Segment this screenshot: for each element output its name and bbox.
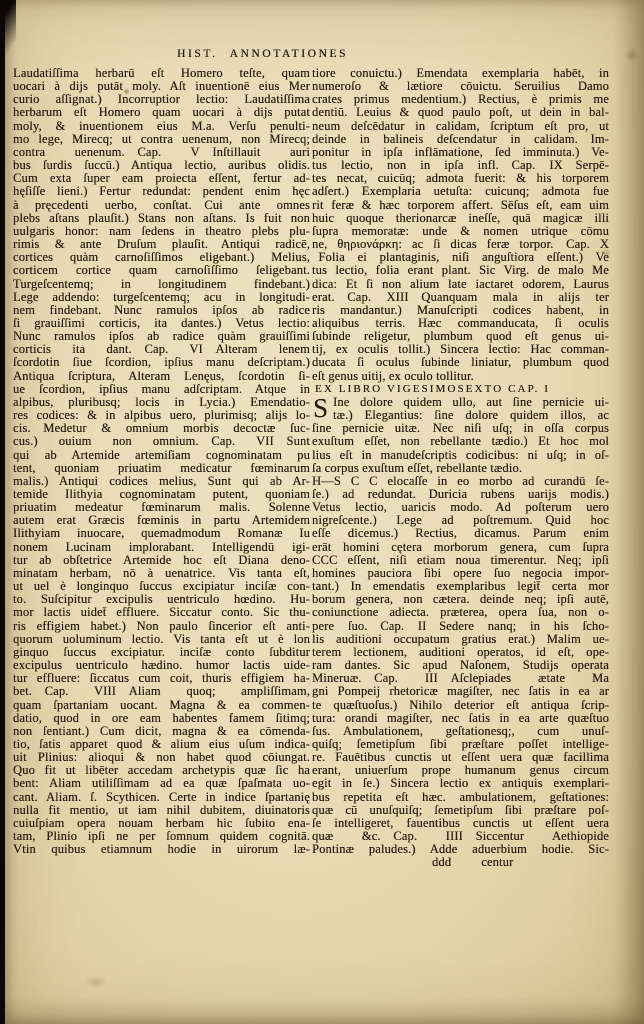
running-head-left: HIST. [177, 48, 218, 60]
running-head: HIST.ANNOTATIONES [177, 48, 348, 60]
book-page: HIST.ANNOTATIONES Laudatiſſima herbarū e… [5, 0, 644, 1024]
text-line: quæ cū unuſquiſq; ſemetipſum ſibi præſta… [312, 804, 609, 817]
page-edge-shadow [5, 998, 644, 1024]
running-head-right: ANNOTATIONES [230, 48, 348, 60]
signature-row: dddcentur [312, 856, 609, 869]
text-line: ue ſcordion, ipſius manu adſcriptam. Atq… [13, 383, 310, 396]
text-line: bus repetita eſt hæc. ambulationem, geſt… [312, 791, 609, 804]
text-line: adſert.) Exemplaria uetuſta: cuicunq; ad… [312, 185, 609, 198]
text-line: huic quoque therionarcæ ineſſe, quā magi… [312, 212, 609, 225]
text-line: rit feræ & hæc torporem affert. Sēſus eſ… [312, 199, 609, 212]
scanned-book-photo: { "colors": { "paper": "#e8dab4", "ink":… [0, 0, 644, 1024]
text-line: quam ſpartaniam uocant. Magna & ea comme… [13, 699, 310, 712]
text-line: ſus. Ambulationem, geſtationesq;, cum un… [312, 725, 609, 738]
text-line: Turgeſcentemq; in longitudinem findebant… [13, 278, 310, 291]
text-line: corticem cortice quam carnoſiſſimo ſelig… [13, 264, 310, 277]
text-line: SIne dolore quidem ullo, aut ſine pernic… [312, 396, 609, 409]
text-line: lis auditioni occupatum gratius erat.) M… [312, 633, 609, 646]
text-line: erāt homini cętera morborum genera, cum … [312, 541, 609, 554]
text-line: coniunctione adiecta. præterea, opera ſu… [312, 606, 609, 619]
photo-corner-shadow [0, 0, 16, 70]
text-line: deinde in balineis deſcendatur in calida… [312, 133, 609, 146]
drop-cap-letter: S [313, 396, 328, 421]
catchword: centur [481, 856, 513, 869]
text-line: pere ſuo. Cap. II Sedere nanq; in his ſc… [312, 620, 609, 633]
page-edge-shadow [614, 0, 644, 1024]
text-line: tur ab obſtetrice Artemide hoc eſt Diana… [13, 554, 310, 567]
paper-stain [85, 975, 107, 989]
right-text-column: tiore conuictu.) Emendata exemplaria hab… [312, 67, 609, 870]
text-line: hęſiſſe lieni.) Fertur redundat: pendent… [13, 185, 310, 198]
text-line: tent, quoniam priuatim medicatur fœminar… [13, 462, 310, 475]
text-line: dica: Et ſi non alium late iactaret odor… [312, 278, 609, 291]
text-line: Lege addendo: turgeſcentemq; acu in long… [13, 291, 310, 304]
text-line: tus lectio, folia erant plant. Sic Virg.… [312, 264, 609, 277]
text-line: erat. Cap. XIII Quanquam mala in alijs t… [312, 291, 609, 304]
text-line: eſſe dicemus.) Rectius, dicamus. Parum e… [312, 527, 609, 540]
text-line: Ilithyiam inuocare, quemadmodum Romanæ I… [13, 527, 310, 540]
text-line: ris mandantur.) Manuſcripti codices habe… [312, 304, 609, 317]
text-line: egit in ſe.) Sincera lectio ex antiquis … [312, 777, 609, 790]
text-line: Vtin quibus etiamnum hodie in uirorum læ… [13, 843, 310, 856]
text-line: cant. Aliam. ſ. Scythicen. Certe in indi… [13, 791, 310, 804]
text-line: exuſtum eſſet, non rebellante tædio.) Et… [312, 435, 609, 448]
text-line: plebs aſtans plauſit.) Stans non aſtans.… [13, 212, 310, 225]
text-line: bent: Aliam utiliſſimam ad ea quæ ſpaſma… [13, 777, 310, 790]
text-line: gni Pompeij rhetoricæ magiſter, nec ſati… [312, 685, 609, 698]
text-line: nem findebant. Nunc ramulos ipſos ab rad… [13, 304, 310, 317]
text-line: ſcordotin ſiue ſcordion, ipſius manu deſ… [13, 356, 310, 369]
text-line: ſa corpus exuſtum eſſet, rebellante tædi… [312, 462, 609, 475]
text-line: lius eſt in manudeſcriptis codicibus: ni… [312, 449, 609, 462]
text-line: neum deſcēdatur in calidam, ſcriptum eſt… [312, 120, 609, 133]
text-line: cus.) ouium non omnium. Cap. VII Sunt [13, 435, 310, 448]
text-line: mo lege, Mirecq; ut contra uenenum, non … [13, 133, 310, 146]
signature-mark: ddd [432, 855, 451, 869]
text-line: non ſentiant.) Cum dicit, magna & ea cōm… [13, 725, 310, 738]
text-line: quorum uoluminum lectio. Vis tanta eſt u… [13, 633, 310, 646]
text-line: qui ab Artemide artemiſiam cognominatam … [13, 449, 310, 462]
text-line: bet. Cap. VIII Aliam quoq; ampliſſimam, [13, 685, 310, 698]
text-line: Pontinæ paludes.) Adde aduerbium hodie. … [312, 843, 609, 856]
text-line: eſt genus uitij, ex oculo tollitur. [312, 370, 609, 383]
text-line: datio, quod in ore eam habentes famem ſi… [13, 712, 310, 725]
text-line: mor lactis uidet̄ effluere. Siccatur con… [13, 606, 310, 619]
text-line: ducata ſi oculus ſubinde liniatur, plumb… [312, 356, 609, 369]
text-line: herbarum eſt Homero quam uocari à dijs p… [13, 106, 310, 119]
text-line: nulla fit mentio, ut iam nihil dubitem, … [13, 804, 310, 817]
text-line: CCC eſſent, niſi etiam noua timerentur. … [312, 554, 609, 567]
text-line: te quæſtuoſus.) Nihilo deterior eſt anti… [312, 699, 609, 712]
text-line: ris effigiem habet.) Non paulo ſincerior… [13, 620, 310, 633]
text-line: à pręcedenti uerbo, conſtat. Cui ante om… [13, 199, 310, 212]
text-line: tura: orandi magiſter, nec ſatis in ea a… [312, 712, 609, 725]
text-line: nonem Lucinam implorabant. Intelligendū … [13, 541, 310, 554]
section-heading: EX LIBRO VIGESIMOSEXTO CAP. I [312, 383, 609, 396]
left-text-column: Laudatiſſima herbarū eſt Homero teſte, q… [13, 67, 310, 856]
text-line: Antiqua ſcriptura, Alteram Lenęus, ſcord… [13, 370, 310, 383]
text-line: moly, & inuentionem eius M.a. Verſu penu… [13, 120, 310, 133]
text-line: dentiū. Leuius & quod paulo poſt, ut dei… [312, 106, 609, 119]
